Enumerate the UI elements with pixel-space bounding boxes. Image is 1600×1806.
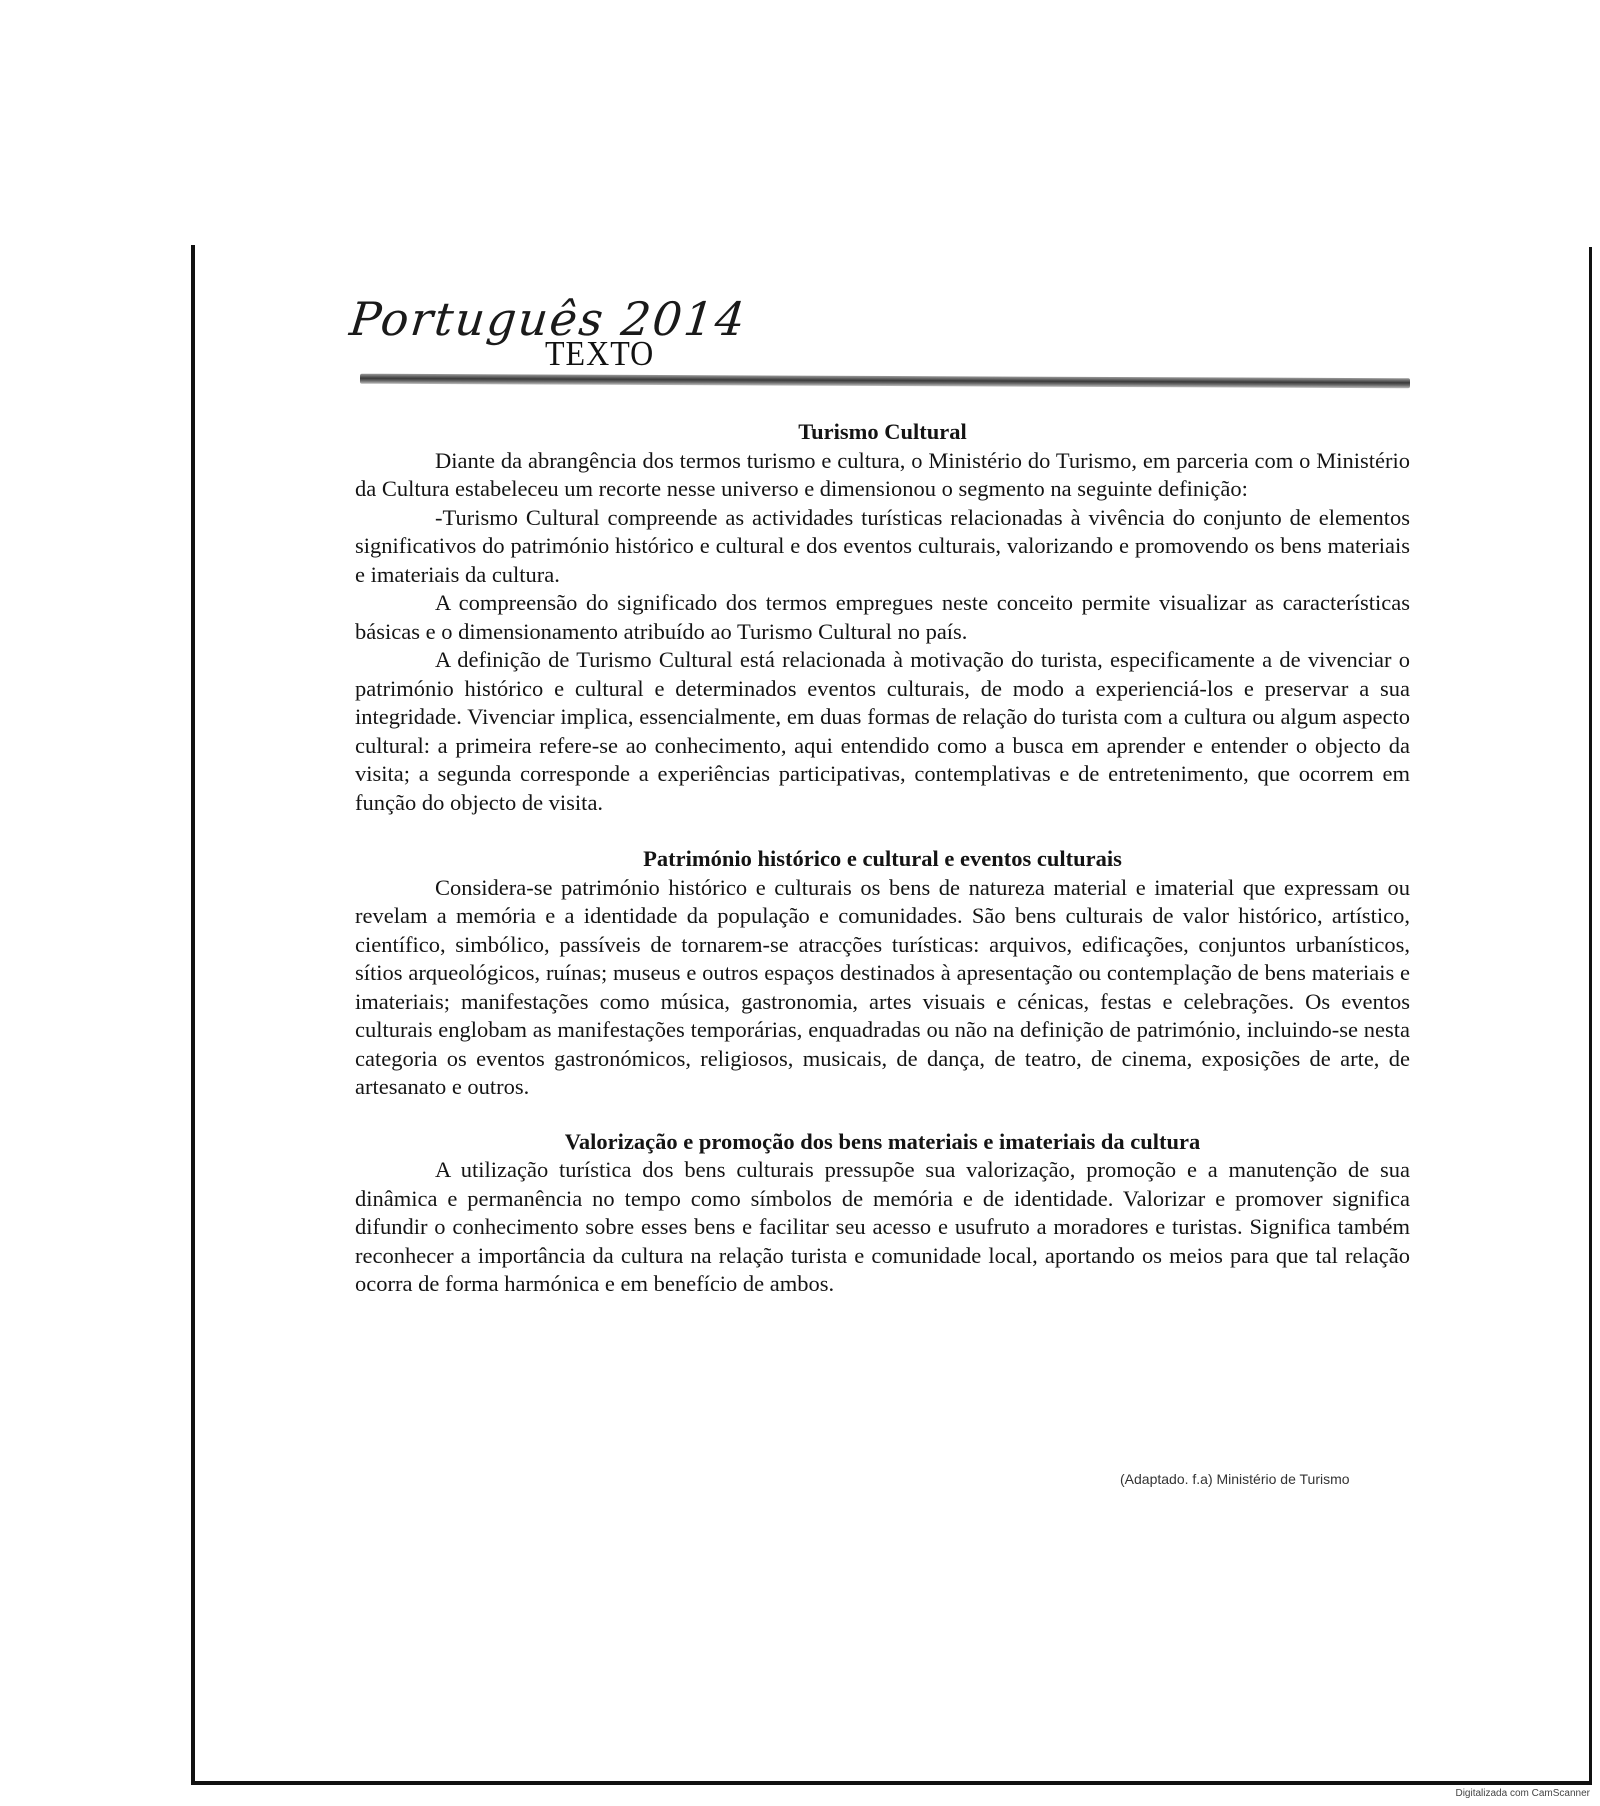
paragraph: Considera-se património histórico e cult… [355, 874, 1410, 1102]
paragraph: -Turismo Cultural compreende as activida… [355, 504, 1410, 590]
page-frame-right-border [1589, 247, 1592, 1785]
source-citation: (Adaptado. f.a) Ministério de Turismo [1120, 1471, 1350, 1487]
document-body: Turismo Cultural Diante da abrangência d… [355, 418, 1410, 1299]
scanner-watermark: Digitalizada com CamScanner [1455, 1788, 1590, 1799]
page-frame-bottom-border [191, 1781, 1592, 1785]
spacer [355, 817, 1410, 845]
paragraph: A definição de Turismo Cultural está rel… [355, 646, 1410, 817]
section-label: TEXTO [545, 333, 654, 374]
page-frame-left-border [191, 245, 195, 1785]
section-title: Turismo Cultural [355, 418, 1410, 447]
spacer [355, 1102, 1410, 1128]
paragraph: Diante da abrangência dos termos turismo… [355, 447, 1410, 504]
section-title: Valorização e promoção dos bens materiai… [355, 1128, 1410, 1157]
header-divider [360, 374, 1410, 389]
section-title: Património histórico e cultural e evento… [355, 845, 1410, 874]
paragraph: A compreensão do significado dos termos … [355, 589, 1410, 646]
paragraph: A utilização turística dos bens culturai… [355, 1156, 1410, 1299]
